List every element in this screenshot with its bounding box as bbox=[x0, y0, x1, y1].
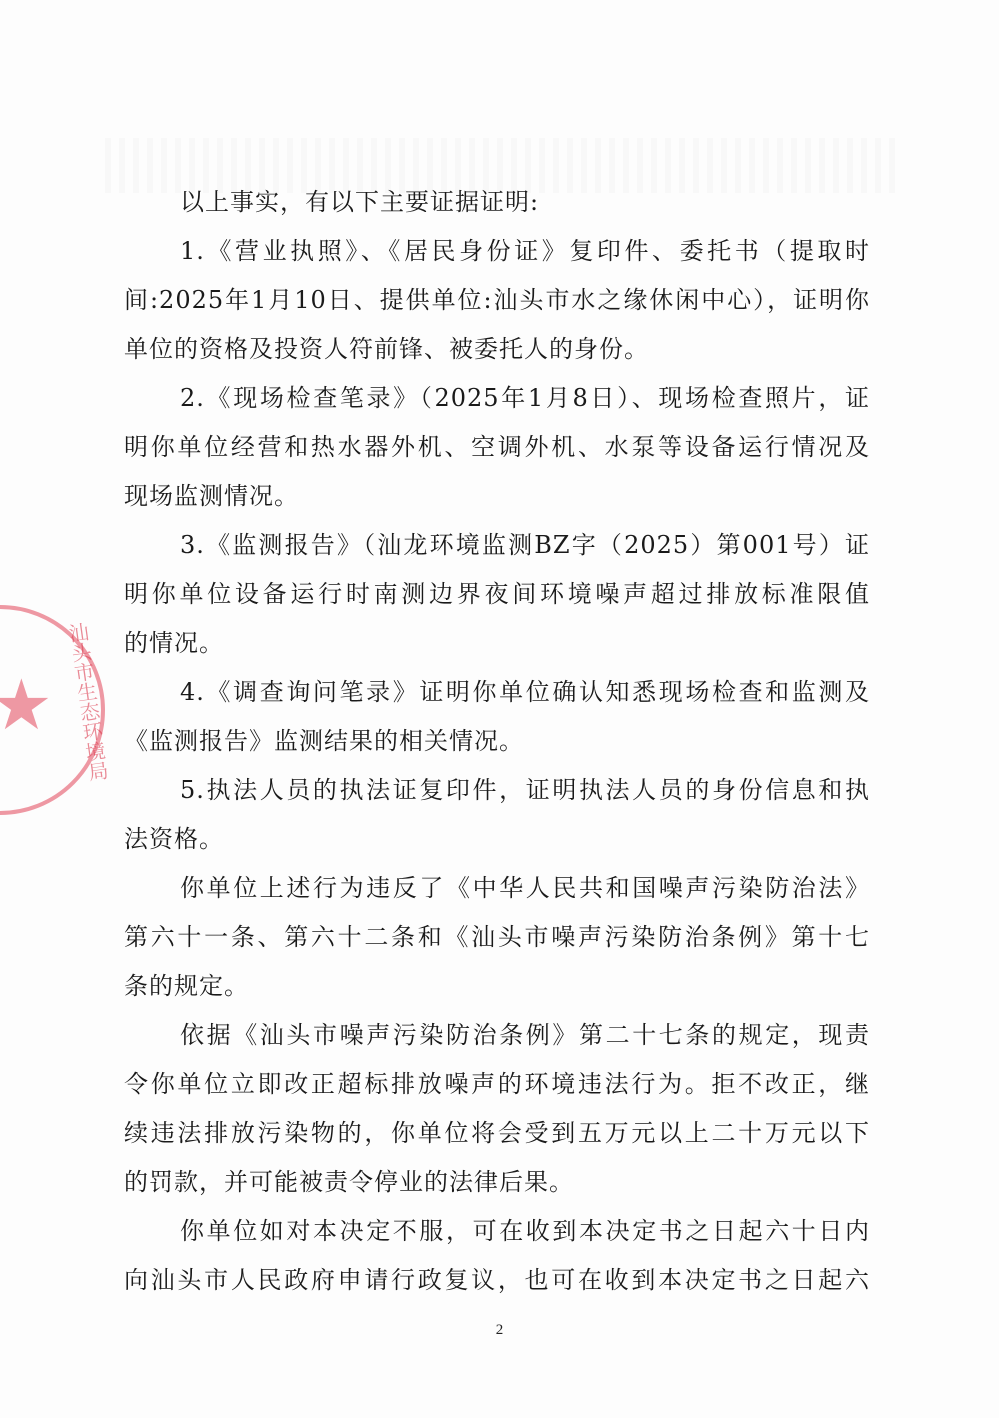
document-page: ★ 汕头市生态环境局 以上事实，有以下主要证据证明:1.《营业执照》、《居民身份… bbox=[0, 0, 999, 1418]
document-body: 以上事实，有以下主要证据证明:1.《营业执照》、《居民身份证》复印件、委托书（提… bbox=[124, 178, 870, 1305]
text-line: 你单位如对本决定不服，可在收到本决定书之日起六十日内 bbox=[124, 1207, 870, 1256]
text-line: 《监测报告》监测结果的相关情况。 bbox=[124, 717, 870, 766]
text-line: 向汕头市人民政府申请行政复议，也可在收到本决定书之日起六 bbox=[124, 1256, 870, 1305]
text-line: 的情况。 bbox=[124, 619, 870, 668]
text-line: 令你单位立即改正超标排放噪声的环境违法行为。拒不改正，继 bbox=[124, 1060, 870, 1109]
text-line: 明你单位设备运行时南测边界夜间环境噪声超过排放标准限值 bbox=[124, 570, 870, 619]
text-line: 的罚款，并可能被责令停业的法律后果。 bbox=[124, 1158, 870, 1207]
text-line: 单位的资格及投资人符前锋、被委托人的身份。 bbox=[124, 325, 870, 374]
text-line: 1.《营业执照》、《居民身份证》复印件、委托书（提取时 bbox=[124, 227, 870, 276]
text-line: 续违法排放污染物的，你单位将会受到五万元以上二十万元以下 bbox=[124, 1109, 870, 1158]
text-line: 2.《现场检查笔录》（2025年1月8日）、现场检查照片，证 bbox=[124, 374, 870, 423]
text-line: 法资格。 bbox=[124, 815, 870, 864]
text-line: 以上事实，有以下主要证据证明: bbox=[124, 178, 870, 227]
text-line: 3.《监测报告》（汕龙环境监测BZ字（2025）第001号）证 bbox=[124, 521, 870, 570]
text-line: 5.执法人员的执法证复印件，证明执法人员的身份信息和执 bbox=[124, 766, 870, 815]
page-number: 2 bbox=[0, 1322, 999, 1339]
text-line: 间:2025年1月10日、提供单位:汕头市水之缘休闲中心），证明你 bbox=[124, 276, 870, 325]
text-line: 依据《汕头市噪声污染防治条例》第二十七条的规定，现责 bbox=[124, 1011, 870, 1060]
text-line: 条的规定。 bbox=[124, 962, 870, 1011]
text-line: 4.《调查询问笔录》证明你单位确认知悉现场检查和监测及 bbox=[124, 668, 870, 717]
text-line: 明你单位经营和热水器外机、空调外机、水泵等设备运行情况及 bbox=[124, 423, 870, 472]
text-line: 第六十一条、第六十二条和《汕头市噪声污染防治条例》第十七 bbox=[124, 913, 870, 962]
text-line: 你单位上述行为违反了《中华人民共和国噪声污染防治法》 bbox=[124, 864, 870, 913]
text-line: 现场监测情况。 bbox=[124, 472, 870, 521]
